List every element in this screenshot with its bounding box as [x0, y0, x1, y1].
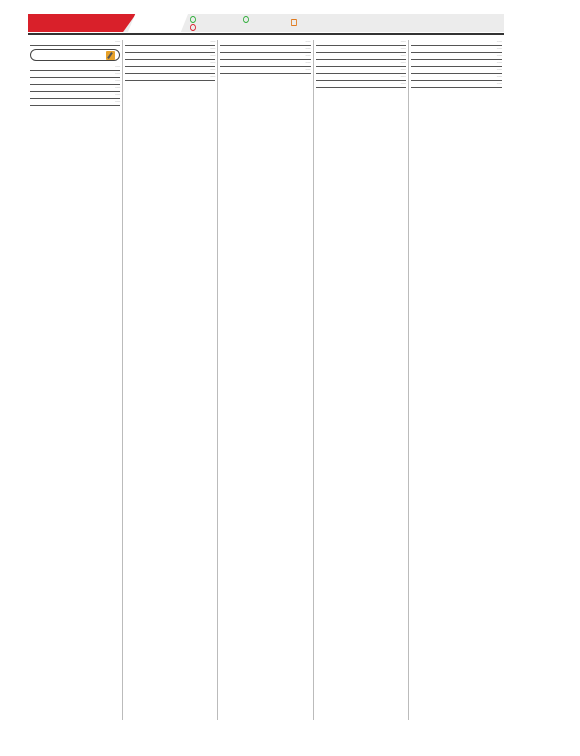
ad-code: ‒‒‒ — [220, 68, 310, 71]
classified-ad: ‒‒‒ — [411, 40, 502, 46]
ad-code: ‒‒‒ — [125, 40, 215, 43]
classified-ad: ‒‒‒ — [316, 54, 406, 60]
ad-code: ‒‒‒ — [316, 47, 406, 50]
ad-code: ‒‒‒ — [30, 100, 120, 103]
phone-icon — [190, 24, 196, 31]
classified-ad: ‒‒‒ — [125, 47, 215, 53]
ad-code: ‒‒‒ — [220, 61, 310, 64]
ad-code: ‒‒‒ — [125, 68, 215, 71]
ad-code: ‒‒‒ — [316, 82, 406, 85]
ad-code: ‒‒‒ — [316, 75, 406, 78]
column-1: ‒‒‒ ‒‒‒ ‒‒‒ ‒‒‒ ‒‒‒ ‒‒‒ ‒‒‒ — [28, 40, 123, 720]
classified-ad: ‒‒‒ — [411, 75, 502, 81]
ad-code: ‒‒‒ — [411, 40, 502, 43]
classified-ad: ‒‒‒ — [316, 75, 406, 81]
whatsapp-contact — [243, 16, 251, 24]
ad-code: ‒‒‒ — [220, 54, 310, 57]
ad-code: ‒‒‒ — [411, 61, 502, 64]
classifieds-columns: ‒‒‒ ‒‒‒ ‒‒‒ ‒‒‒ ‒‒‒ ‒‒‒ ‒‒‒ ‒‒‒ ‒‒‒ ‒‒‒ … — [28, 40, 504, 720]
classified-ad: ‒‒‒ — [316, 61, 406, 67]
ad-code: ‒‒‒ — [316, 68, 406, 71]
classified-ad: ‒‒‒ — [316, 82, 406, 88]
classified-ad: ‒‒‒ — [30, 40, 120, 46]
classified-ad: ‒‒‒ — [411, 54, 502, 60]
column-4: ‒‒‒ ‒‒‒ ‒‒‒ ‒‒‒ ‒‒‒ ‒‒‒ ‒‒‒ — [314, 40, 409, 720]
column-5: ‒‒‒ ‒‒‒ ‒‒‒ ‒‒‒ ‒‒‒ ‒‒‒ ‒‒‒ — [409, 40, 504, 720]
classified-ad: ‒‒‒ — [125, 40, 215, 46]
pencil-icon — [106, 51, 115, 60]
classified-ad: ‒‒‒ — [220, 47, 310, 53]
ad-code: ‒‒‒ — [220, 47, 310, 50]
envelope-icon — [291, 19, 297, 26]
classified-ad: ‒‒‒ — [125, 61, 215, 67]
ad-code: ‒‒‒ — [316, 61, 406, 64]
page-header — [28, 14, 504, 32]
email-contact — [291, 19, 298, 27]
classified-ad: ‒‒‒ — [125, 75, 215, 81]
classified-ad: ‒‒‒ — [30, 100, 120, 106]
header-divider — [28, 33, 504, 35]
classified-ad: ‒‒‒ — [125, 68, 215, 74]
column-2: ‒‒‒ ‒‒‒ ‒‒‒ ‒‒‒ ‒‒‒ ‒‒‒ — [123, 40, 218, 720]
ad-code: ‒‒‒ — [125, 47, 215, 50]
ad-code: ‒‒‒ — [411, 47, 502, 50]
classified-ad: ‒‒‒ — [316, 40, 406, 46]
classified-ad: ‒‒‒ — [411, 47, 502, 53]
logo-background — [128, 14, 188, 32]
ad-code: ‒‒‒ — [125, 54, 215, 57]
whatsapp-icon — [190, 16, 196, 23]
ad-code: ‒‒‒ — [30, 65, 120, 68]
ad-code: ‒‒‒ — [411, 54, 502, 57]
ad-code: ‒‒‒ — [316, 40, 406, 43]
classified-ad: ‒‒‒ — [30, 79, 120, 85]
classified-ad: ‒‒‒ — [30, 93, 120, 99]
ad-code: ‒‒‒ — [30, 93, 120, 96]
ad-code: ‒‒‒ — [30, 40, 120, 43]
customer-service-contact — [190, 16, 197, 32]
classified-ad: ‒‒‒ — [411, 68, 502, 74]
ad-code: ‒‒‒ — [411, 75, 502, 78]
ad-code: ‒‒‒ — [30, 79, 120, 82]
ad-code: ‒‒‒ — [30, 72, 120, 75]
classified-ad: ‒‒‒ — [125, 54, 215, 60]
classified-ad: ‒‒‒ — [220, 68, 310, 74]
classified-ad: ‒‒‒ — [30, 72, 120, 78]
classified-ad: ‒‒‒ — [411, 82, 502, 88]
ad-code: ‒‒‒ — [125, 61, 215, 64]
classified-ad: ‒‒‒ — [316, 47, 406, 53]
ad-code: ‒‒‒ — [411, 82, 502, 85]
column-3: ‒‒‒ ‒‒‒ ‒‒‒ ‒‒‒ ‒‒‒ — [218, 40, 313, 720]
whatsapp-icon — [243, 16, 249, 23]
classified-ad: ‒‒‒ — [30, 86, 120, 92]
classified-ad: ‒‒‒ — [411, 61, 502, 67]
ad-code: ‒‒‒ — [411, 68, 502, 71]
ad-code: ‒‒‒ — [316, 54, 406, 57]
classified-ad: ‒‒‒ — [220, 54, 310, 60]
classified-ad: ‒‒‒ — [220, 40, 310, 46]
section-label-disolucion-conyugal — [30, 49, 120, 61]
ad-code: ‒‒‒ — [30, 86, 120, 89]
classified-ad: ‒‒‒ — [30, 65, 120, 71]
section-banner — [28, 14, 136, 32]
ad-code: ‒‒‒ — [220, 40, 310, 43]
ad-code: ‒‒‒ — [125, 75, 215, 78]
classified-ad: ‒‒‒ — [316, 68, 406, 74]
classified-ad: ‒‒‒ — [220, 61, 310, 67]
